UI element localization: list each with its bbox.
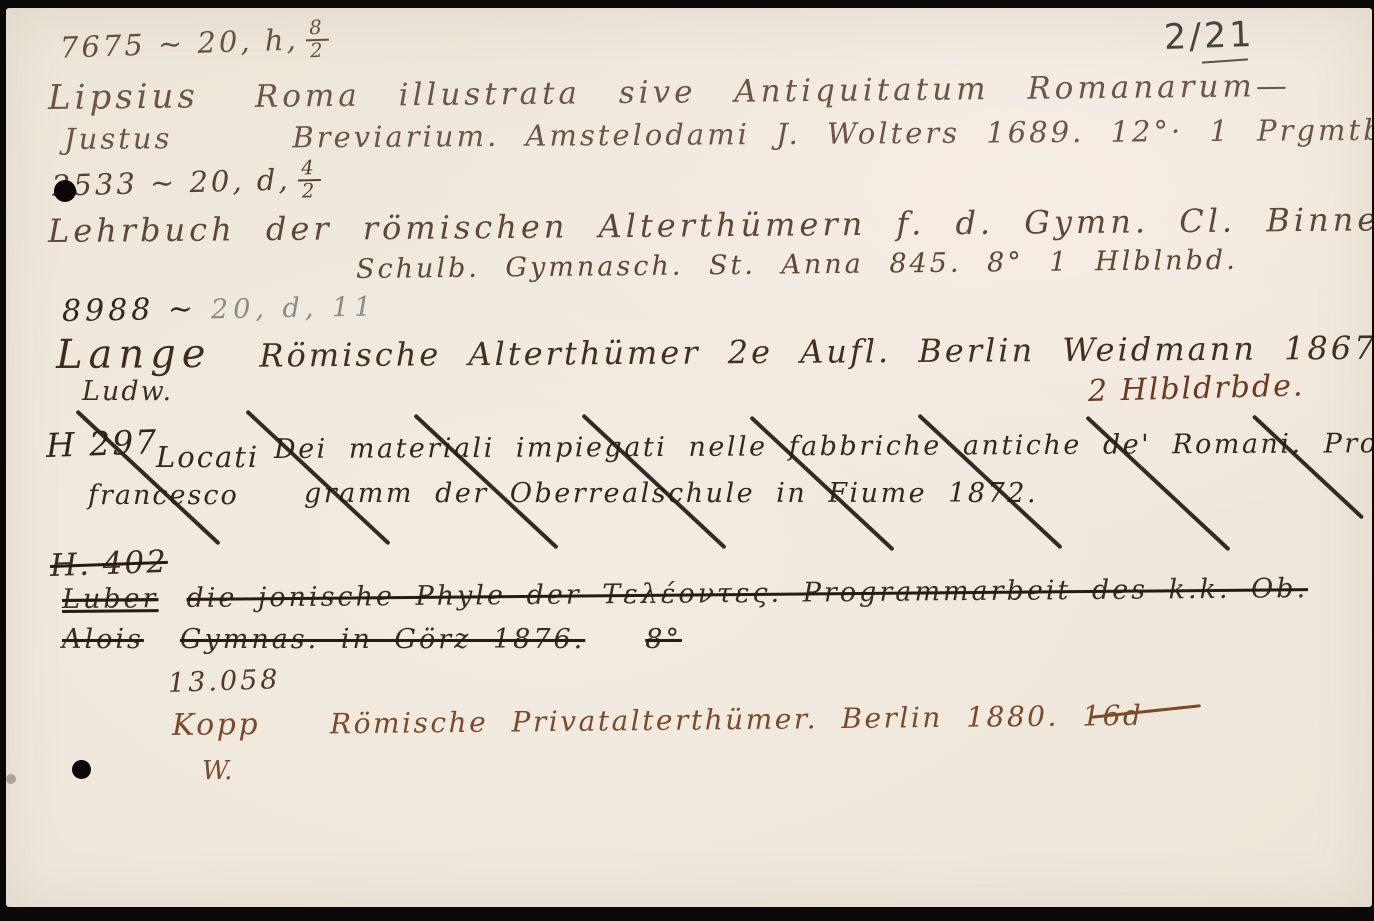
entry-lange-title-line: LangeRömische Alterthümer 2e Aufl. Berli… [56,322,1374,378]
author-surname: Locati [156,440,259,474]
hole-punch [72,760,91,779]
author-surname: Lange [56,331,212,378]
entry-kopp-title-line: KoppRömische Privatalterthümer. Berlin 1… [172,698,1144,743]
binding-note: 2 Hlbldrbde. [1088,368,1305,409]
author-surname: Kopp [172,707,260,743]
fraction-denominator: 2 [306,40,330,61]
shelfmark-lipsius-fraction: 82 [305,19,330,61]
author-forename: Alois [62,624,144,655]
scanned-catalog-card-page: 2/21 7675 ~ 20, h,82 LipsiusRoma illustr… [0,0,1374,921]
shelfmark-ink: 8988 ~ [62,292,198,329]
title-text: die jonische Phyle der Τελέοντες. Progra… [186,573,1308,614]
scan-edge-top [0,0,1374,8]
corner-page-mark: 2/21 [1163,15,1255,58]
title-text: Römische Privatalterthümer. Berlin 1880.… [330,699,1144,741]
scan-edge-left [0,0,6,921]
fraction-numerator: 8 [305,19,329,42]
entry-lipsius-title-line: LipsiusRoma illustrata sive Antiquitatum… [48,65,1291,118]
imprint-text: Breviarium. Amstelodami J. Wolters 1689.… [292,113,1374,155]
author-forename: Justus [64,121,173,156]
author-forename: francesco [88,480,239,511]
entry-locati-title-line2: gramm der Oberrealschule in Fiume 1872. [304,478,1038,509]
corner-mark-underline [1202,58,1248,63]
author-surname: Lipsius [48,76,199,118]
scan-edge-bottom [0,907,1374,921]
shelfmark-lehrbuch-fraction: 42 [297,159,322,201]
accession-number: 13.058 [167,664,280,699]
title-text: Roma illustrata sive Antiquitatum Romana… [255,68,1291,115]
entry-luber-title-line1: Luberdie jonische Phyle der Τελέοντες. P… [62,573,1308,615]
shelfmark-pencil-note: 20, d, 11 [211,292,377,326]
fraction-denominator: 2 [298,181,322,201]
catalog-card: 2/21 7675 ~ 20, h,82 LipsiusRoma illustr… [6,8,1372,907]
entry-lehrbuch-imprint-line: Schulb. Gymnasch. St. Anna 845. 8° 1 Hlb… [356,245,1238,285]
shelfmark-lipsius-text: 7675 ~ 20, h, [59,22,299,64]
pencil-smudge [6,774,16,784]
hole-punch [54,180,76,202]
shelfmark-lehrbuch: 2533 ~ 20, d,42 [51,159,321,207]
entry-locati-title-line1: Dei materiali impiegati nelle fabbriche … [274,428,1374,465]
entry-lehrbuch-title-line: Lehrbuch der römischen Alterthümern f. d… [48,200,1374,250]
format-note: 8° [645,624,682,655]
shelfmark-lange: 8988 ~20, d, 11 [62,289,377,329]
fraction-numerator: 4 [297,159,321,181]
entry-lipsius-imprint-line: JustusBreviarium. Amstelodami J. Wolters… [64,113,1374,156]
accession-mark: H. 402 [49,544,168,584]
author-forename: Ludw. [82,376,173,407]
author-forename: W. [202,756,232,786]
title-text: Römische Alterthümer 2e Aufl. Berlin Wei… [259,328,1374,374]
shelfmark-lehrbuch-text: 2533 ~ 20, d, [52,162,291,202]
shelfmark-lipsius: 7675 ~ 20, h,82 [59,19,330,70]
accession-mark: H 297 [45,422,159,465]
entry-luber-title-line2: AloisGymnas. in Görz 1876.8° [62,624,682,655]
title-text: Gymnas. in Görz 1876. [180,624,585,655]
author-surname: Luber [62,583,159,615]
